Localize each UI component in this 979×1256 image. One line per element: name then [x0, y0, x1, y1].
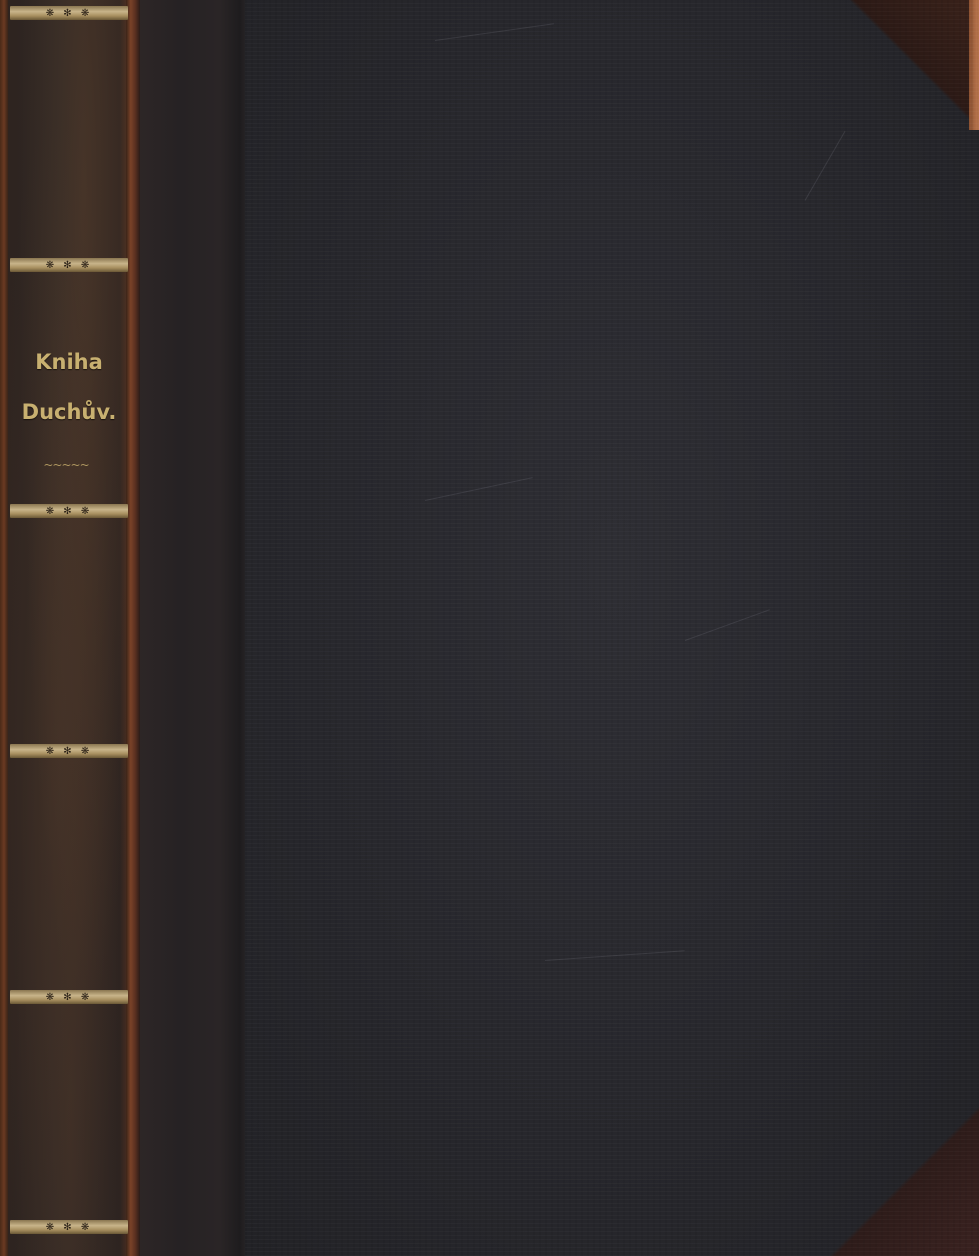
leather-corner-bottom — [829, 1106, 979, 1256]
gilt-band-3: ❋ ✻ ❋ — [10, 504, 128, 518]
gilt-band-1: ❋ ✻ ❋ — [10, 6, 128, 20]
band-ornament-icon: ❋ ✻ ❋ — [46, 506, 93, 517]
scratch — [435, 23, 554, 41]
band-ornament-icon: ❋ ✻ ❋ — [46, 8, 93, 19]
gilt-band-2: ❋ ✻ ❋ — [10, 258, 128, 272]
scratch — [805, 131, 846, 201]
leather-corner-top — [849, 0, 979, 130]
spine-title-line-1: Kniha — [10, 352, 128, 373]
book-photo: ❋ ✻ ❋ ❋ ✻ ❋ Kniha Duchův. ~~~~~ ❋ ✻ ❋ ❋ … — [0, 0, 979, 1256]
scratch — [425, 477, 533, 501]
scratch — [685, 609, 770, 641]
spine-edge-left — [0, 0, 8, 1256]
book-spine: ❋ ✻ ❋ ❋ ✻ ❋ Kniha Duchův. ~~~~~ ❋ ✻ ❋ ❋ … — [0, 0, 140, 1256]
front-cover-board — [245, 0, 979, 1256]
band-ornament-icon: ❋ ✻ ❋ — [46, 746, 93, 757]
spine-edge-right — [126, 0, 140, 1256]
spine-title-line-2: Duchův. — [10, 402, 128, 423]
scratch — [545, 950, 685, 961]
gilt-band-5: ❋ ✻ ❋ — [10, 990, 128, 1004]
title-ornament: ~~~~~ — [35, 462, 97, 468]
band-ornament-icon: ❋ ✻ ❋ — [46, 260, 93, 271]
band-ornament-icon: ❋ ✻ ❋ — [46, 1222, 93, 1233]
band-ornament-icon: ❋ ✻ ❋ — [46, 992, 93, 1003]
gilt-band-4: ❋ ✻ ❋ — [10, 744, 128, 758]
gilt-band-6: ❋ ✻ ❋ — [10, 1220, 128, 1234]
book-joint — [140, 0, 245, 1256]
